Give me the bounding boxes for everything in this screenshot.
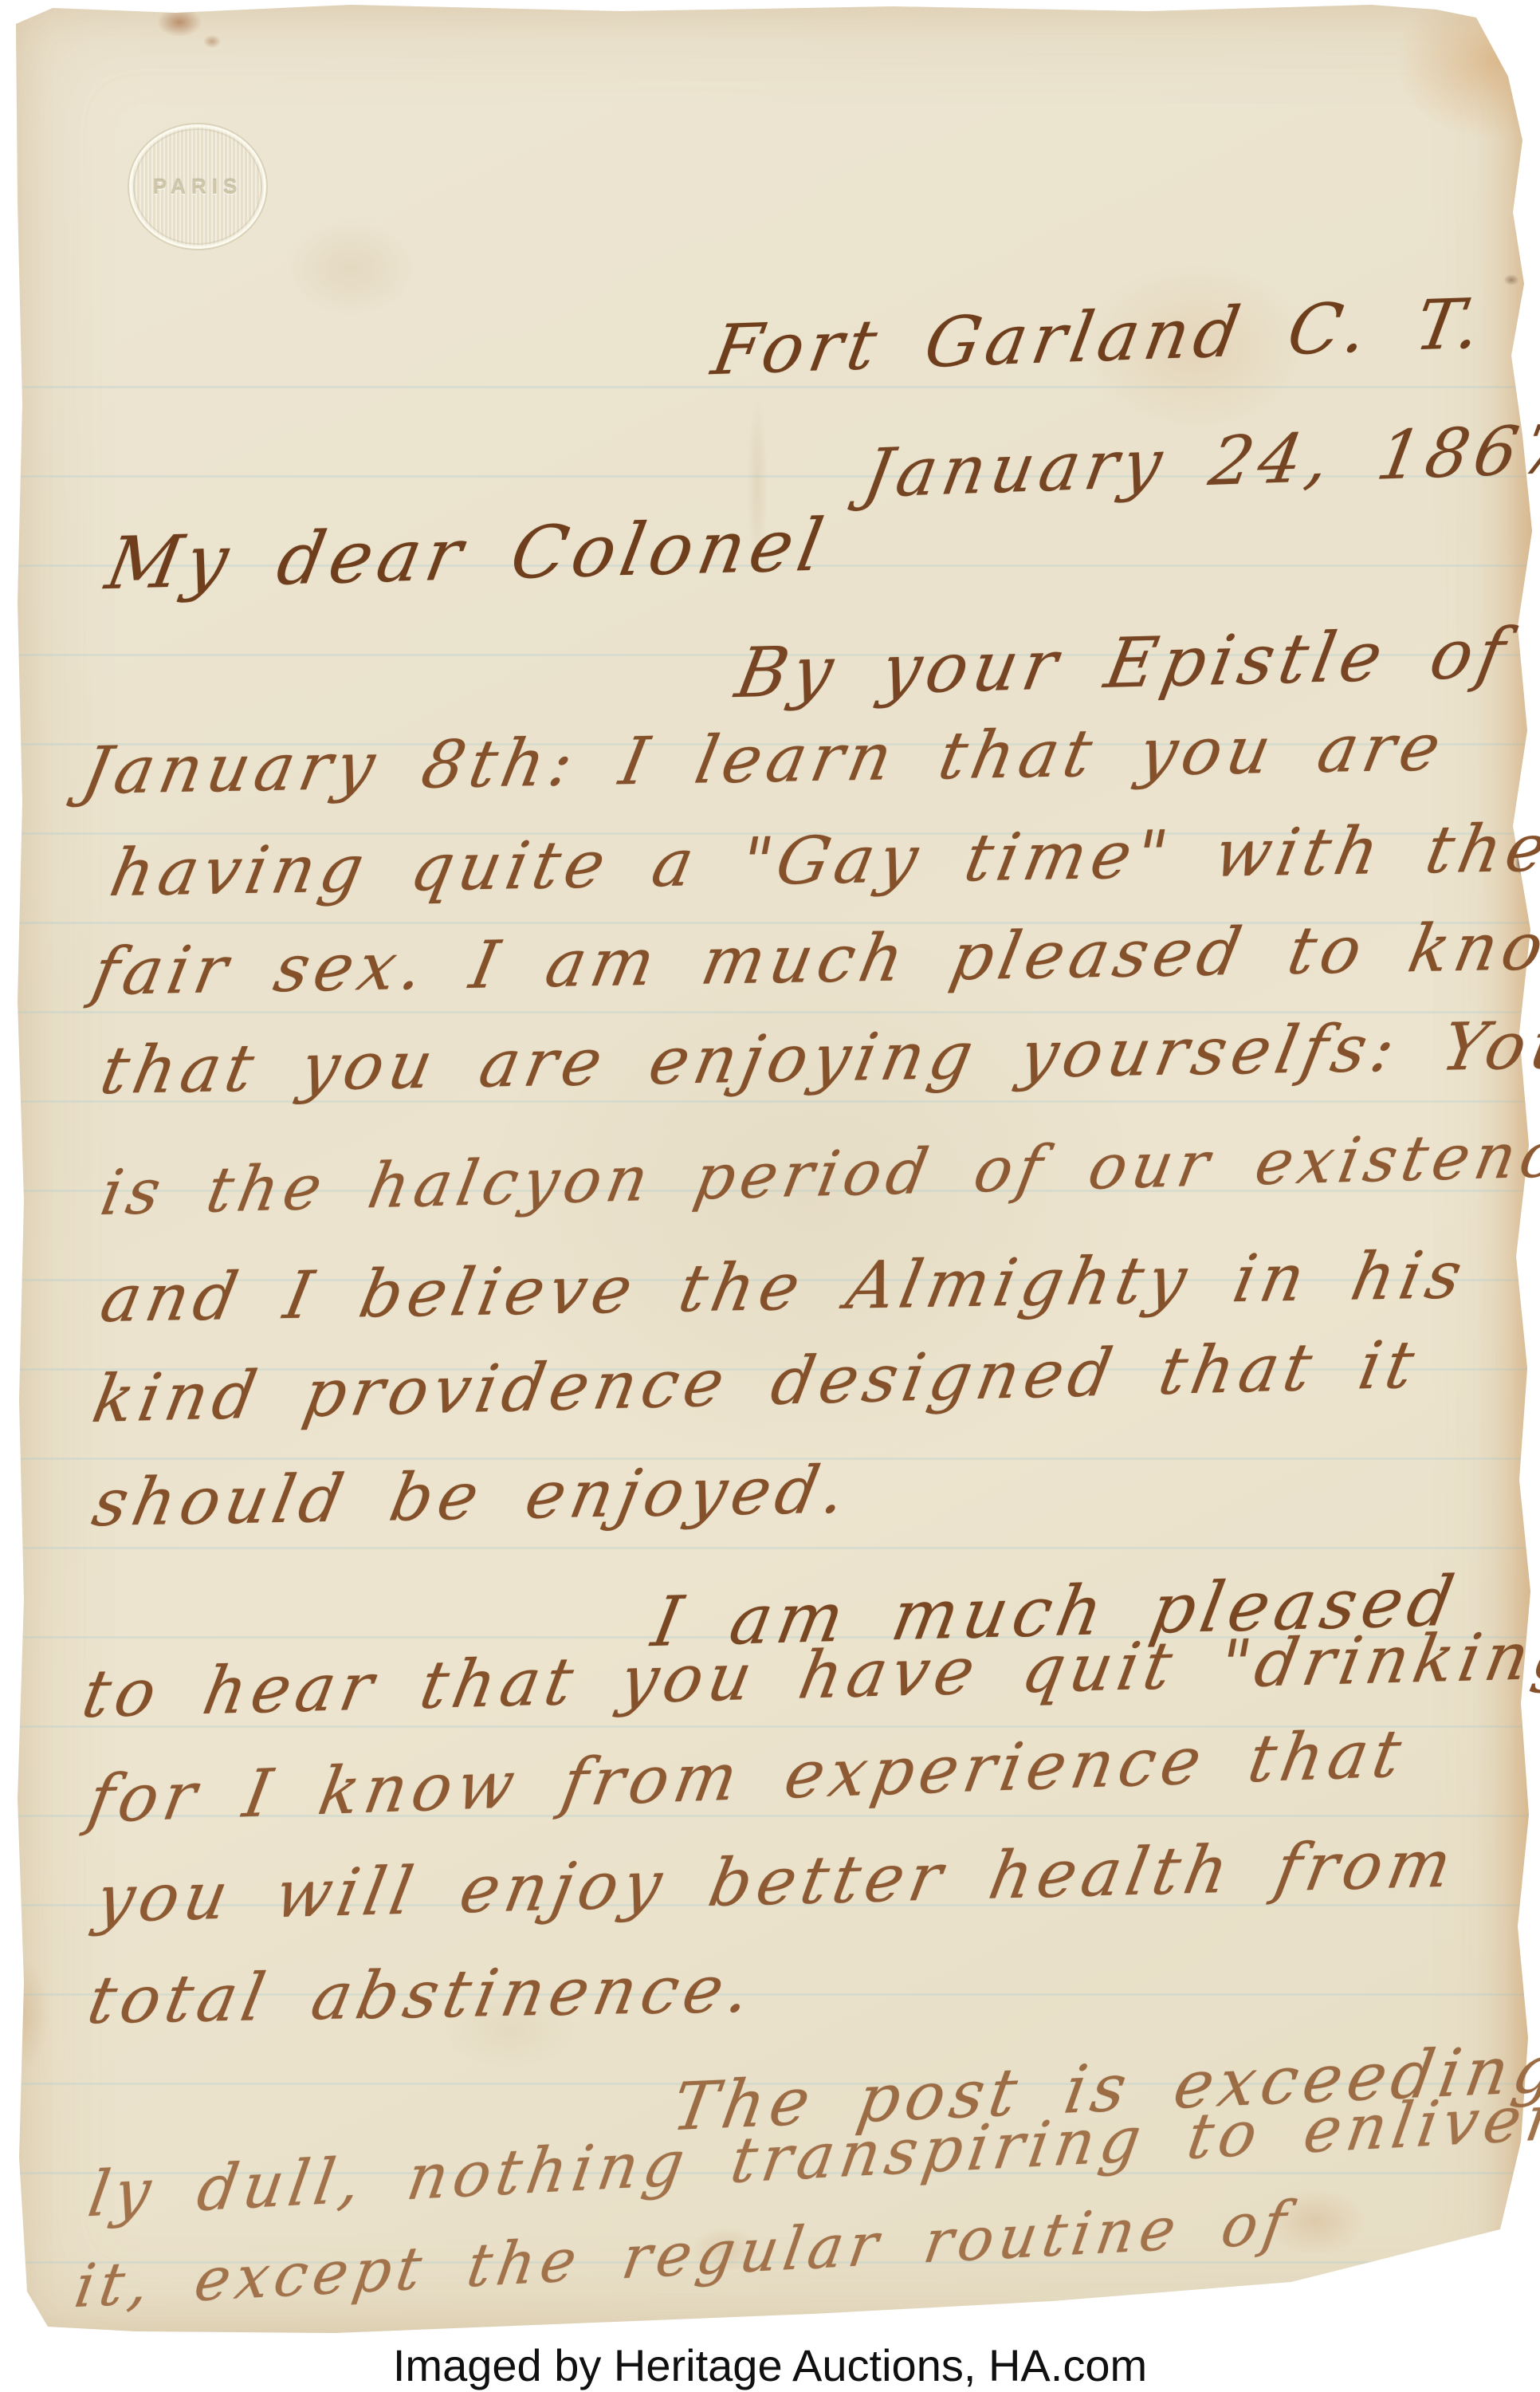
footer-caption: Imaged by Heritage Auctions, HA.com [0, 2339, 1540, 2391]
embossed-stamp: PARIS [129, 124, 266, 249]
stamp-text: PARIS [153, 175, 243, 199]
letter-line: should be enjoyed. [87, 1452, 858, 1541]
letter-line: total abstinence. [82, 1951, 762, 2039]
